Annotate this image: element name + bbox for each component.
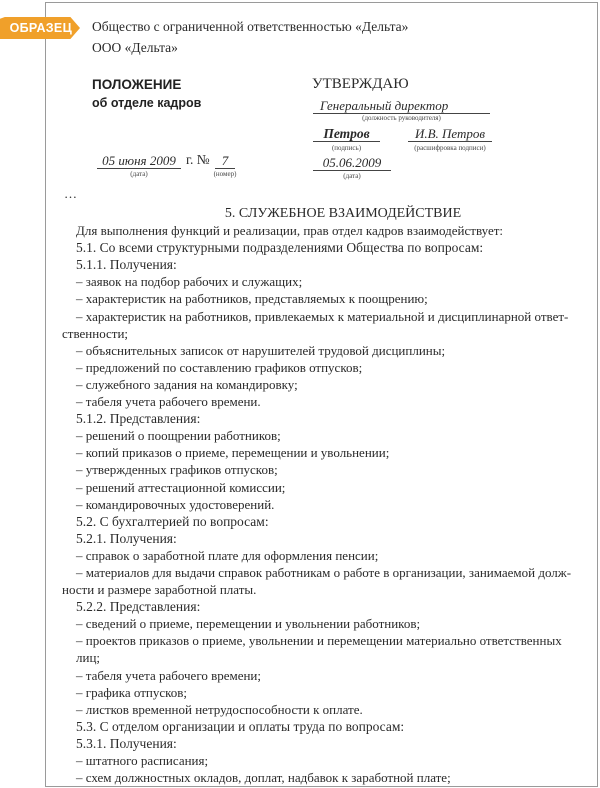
section-line: – характеристик на работников, представл… xyxy=(62,290,584,307)
section-line: – решений о поощрении работников; xyxy=(62,427,584,444)
doc-number-field: 7 xyxy=(215,153,235,169)
section-line: – заявок на подбор рабочих и служащих; xyxy=(62,273,584,290)
section-line: 5.2.1. Получения: xyxy=(62,530,584,547)
section-line: – служебного задания на командировку; xyxy=(62,376,584,393)
section-line: – командировочных удостоверений. xyxy=(62,496,584,513)
org-full-name: Общество с ограниченной ответственностью… xyxy=(92,19,408,35)
section-line: 5.3. С отделом организации и оплаты труд… xyxy=(62,718,584,735)
section-line: – табеля учета рабочего времени; xyxy=(62,667,584,684)
doc-subtitle: об отделе кадров xyxy=(92,96,201,110)
section-heading: 5. СЛУЖЕБНОЕ ВЗАИМОДЕЙСТВИЕ xyxy=(62,205,584,222)
approval-signature-field: Петров xyxy=(313,126,380,142)
section-line: – утвержденных графиков отпусков; xyxy=(62,461,584,478)
section-line: – решений аттестационной комиссии; xyxy=(62,479,584,496)
doc-number-caption: (номер) xyxy=(207,170,243,178)
section-line: – справок о заработной плате для оформле… xyxy=(62,547,584,564)
section-line: – сведений о приеме, перемещении и уволь… xyxy=(62,615,584,632)
section-line: 5.3.1. Получения: xyxy=(62,735,584,752)
sample-badge-label: ОБРАЗЕЦ xyxy=(10,21,72,35)
doc-date-suffix: г. № xyxy=(186,152,210,168)
section-lines: Для выполнения функций и реализации, пра… xyxy=(62,222,584,786)
sample-badge: ОБРАЗЕЦ xyxy=(0,17,80,39)
omitted-text-marker: … xyxy=(64,186,77,202)
section-line: 5.1.2. Представления: xyxy=(62,410,584,427)
section-line: – табеля учета рабочего времени. xyxy=(62,393,584,410)
doc-date-field: 05 июня 2009 xyxy=(97,153,181,169)
section-line: – объяснительных записок от нарушителей … xyxy=(62,342,584,359)
section-line: Для выполнения функций и реализации, пра… xyxy=(62,222,584,239)
section-body: 5. СЛУЖЕБНОЕ ВЗАИМОДЕЙСТВИЕ Для выполнен… xyxy=(62,205,584,786)
section-line: – характеристик на работников, привлекае… xyxy=(62,308,584,342)
approval-name-caption: (расшифровка подписи) xyxy=(404,144,496,152)
approval-signature-caption: (подпись) xyxy=(313,144,380,152)
section-line: 5.2. С бухгалтерией по вопросам: xyxy=(62,513,584,530)
approval-date-field: 05.06.2009 xyxy=(313,155,391,171)
section-line: 5.1. Со всеми структурными подразделения… xyxy=(62,239,584,256)
approval-name-field: И.В. Петров xyxy=(408,126,492,142)
section-line: – проектов приказов о приеме, увольнении… xyxy=(62,632,584,666)
section-line: – материалов для выдачи справок работник… xyxy=(62,564,584,598)
approval-position-caption: (должность руководителя) xyxy=(313,114,490,122)
section-line: 5.2.2. Представления: xyxy=(62,598,584,615)
section-line: – штатного расписания; xyxy=(62,752,584,769)
section-line: – предложений по составлению графиков от… xyxy=(62,359,584,376)
approval-date-caption: (дата) xyxy=(313,172,391,180)
approval-title: УТВЕРЖДАЮ xyxy=(312,76,409,93)
doc-date-caption: (дата) xyxy=(97,170,181,178)
org-short-name: ООО «Дельта» xyxy=(92,40,178,56)
section-line: – копий приказов о приеме, перемещении и… xyxy=(62,444,584,461)
section-line: 5.1.1. Получения: xyxy=(62,256,584,273)
section-line: – схем должностных окладов, доплат, надб… xyxy=(62,769,584,786)
doc-title: ПОЛОЖЕНИЕ xyxy=(92,77,181,92)
approval-position-field: Генеральный директор xyxy=(313,98,490,114)
section-line: – листков временной нетрудоспособности к… xyxy=(62,701,584,718)
section-line: – графика отпусков; xyxy=(62,684,584,701)
